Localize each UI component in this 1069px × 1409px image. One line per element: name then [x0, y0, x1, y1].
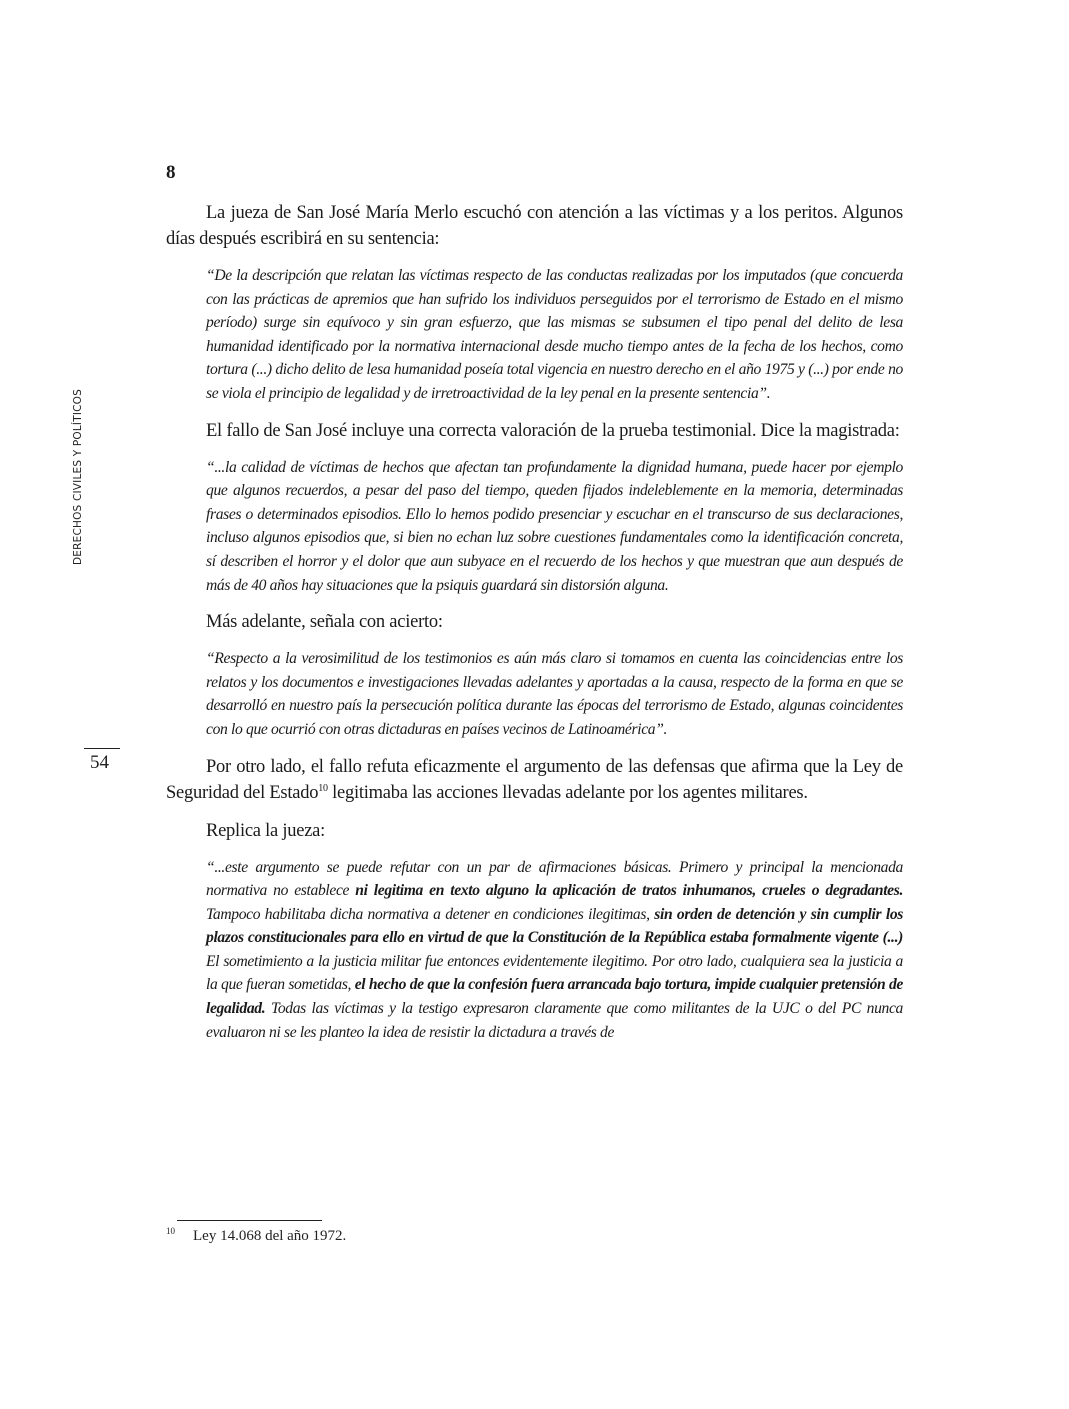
paragraph-defensas-part2: legitimaba las acciones llevadas adelant…	[328, 783, 808, 803]
paragraph-testimonial: El fallo de San José incluye una correct…	[166, 418, 903, 444]
paragraph-mas-adelante: Más adelante, señala con acierto:	[166, 609, 903, 635]
page-number-rule	[84, 748, 120, 749]
footnote-rule	[177, 1220, 322, 1221]
quote-victims-memory: “...la calidad de víctimas de hechos que…	[166, 456, 903, 598]
quote-refutation-bold-1: ni legitima en texto alguno la aplicació…	[355, 882, 903, 899]
paragraph-defensas: Por otro lado, el fallo refuta eficazmen…	[166, 754, 903, 806]
quote-verosimilitud: “Respecto a la verosimilitud de los test…	[166, 647, 903, 741]
footnote-reference[interactable]: 10	[318, 782, 328, 793]
section-number: 8	[166, 162, 176, 184]
quote-refutation-text-4: Todas las víctimas y la testigo expresar…	[206, 1000, 903, 1041]
paragraph-intro: La jueza de San José María Merlo escuchó…	[166, 200, 903, 252]
paragraph-replica: Replica la jueza:	[166, 818, 903, 844]
quote-refutation: “...este argumento se puede refutar con …	[166, 856, 903, 1045]
side-running-head: DERECHOS CIVILES Y POLÍTICOS	[72, 389, 84, 565]
quote-refutation-text-2: Tampoco habilitaba dicha normativa a det…	[206, 906, 654, 923]
page-content: La jueza de San José María Merlo escuchó…	[166, 200, 903, 1056]
page-number: 54	[90, 752, 109, 774]
footnote: 10Ley 14.068 del año 1972.	[166, 1226, 346, 1245]
quote-sentence-legality: “De la descripción que relatan las vícti…	[166, 264, 903, 406]
footnote-text: Ley 14.068 del año 1972.	[193, 1228, 346, 1244]
footnote-mark: 10	[166, 1226, 175, 1236]
